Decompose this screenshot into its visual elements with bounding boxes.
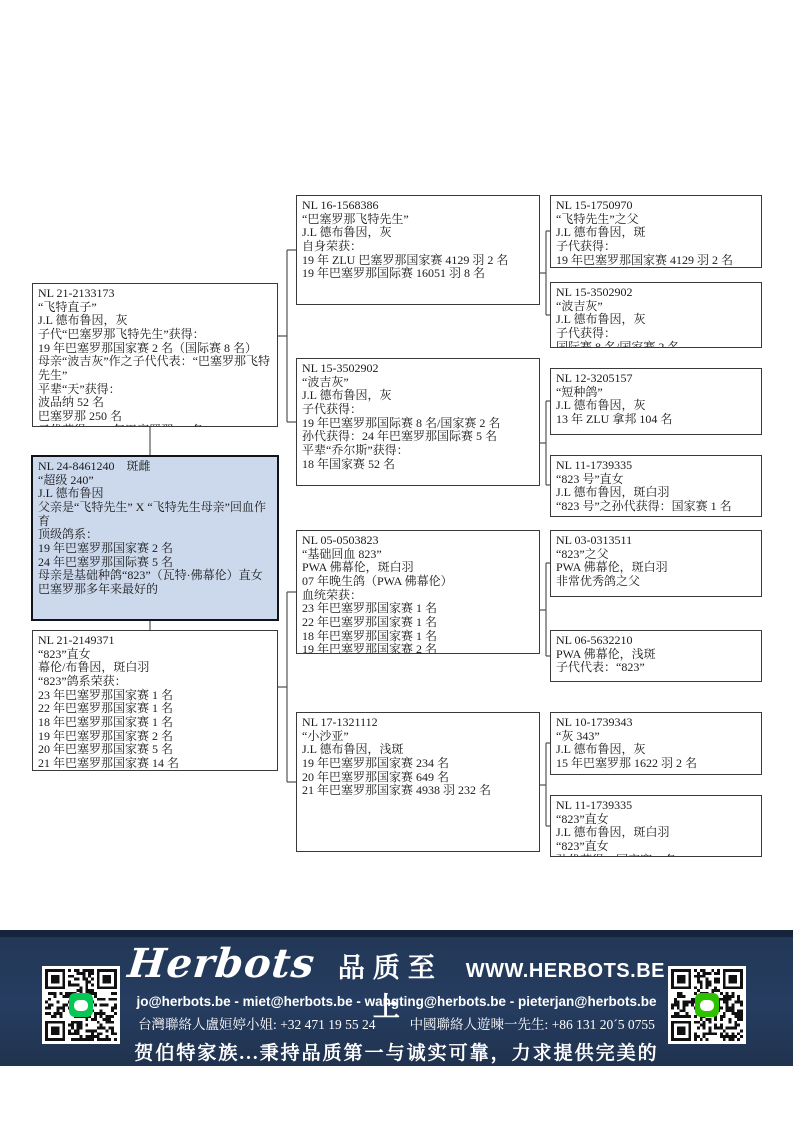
- pedigree-text-line: J.L 德布鲁因: [38, 487, 272, 501]
- pedigree-box-grandparent-3: NL 05-0503823“基础回血 823”PWA 佛幕伦，斑白羽07 年晚生…: [296, 530, 540, 654]
- pedigree-text-line: 子代代表：“823”: [556, 661, 756, 675]
- footer-content: Herbots 品质至上 WWW.HERBOTS.BE jo@herbots.b…: [128, 940, 665, 1092]
- footer-banner: Herbots 品质至上 WWW.HERBOTS.BE jo@herbots.b…: [0, 930, 793, 1066]
- pedigree-text-line: 19 年巴塞罗那国家赛 2 名: [302, 643, 534, 654]
- pedigree-text-line: NL 10-1739343: [556, 716, 756, 730]
- pedigree-box-greatgrandparent-6: NL 06-5632210PWA 佛幕伦，浅斑子代代表：“823”: [550, 630, 762, 682]
- slogan-text: 贺伯特家族...秉持品质第一与诚实可靠，力求提供完美的服务！: [128, 1038, 665, 1092]
- pedigree-text-line: 18 年国家赛 52 名: [302, 458, 534, 472]
- pedigree-text-line: 19 年巴塞罗那国际赛 16051 羽 8 名: [302, 267, 534, 281]
- website-text: WWW.HERBOTS.BE: [466, 960, 665, 983]
- pedigree-text-line: NL 16-1568386: [302, 199, 534, 213]
- pedigree-text-line: 母亲是基础种鸽“823”（瓦特·佛幕伦）直女: [38, 569, 272, 583]
- pedigree-text-line: PWA 佛幕伦，浅斑: [556, 648, 756, 662]
- pedigree-text-line: NL 21-2133173: [38, 287, 272, 301]
- pedigree-text-line: “823”鸽系荣获：: [38, 675, 272, 689]
- pedigree-box-sire: NL 21-2133173“飞特直子”J.L 德布鲁因，灰子代“巴塞罗那飞特先生…: [32, 283, 278, 427]
- pedigree-text-line: PWA 佛幕伦，斑白羽: [302, 561, 534, 575]
- pedigree-box-greatgrandparent-8: NL 11-1739335“823”直女J.L 德布鲁因，斑白羽“823”直女孙…: [550, 795, 762, 857]
- pedigree-page: NL 21-2133173“飞特直子”J.L 德布鲁因，灰子代“巴塞罗那飞特先生…: [0, 0, 793, 1122]
- pedigree-text-line: 子代获得：: [556, 327, 756, 341]
- herbots-logo: Herbots: [126, 940, 318, 987]
- pedigree-text-line: J.L 德布鲁因，灰: [556, 399, 756, 413]
- line-icon: [69, 993, 93, 1017]
- pedigree-text-line: 21 年巴塞罗那国家赛 4938 羽 232 名: [302, 784, 534, 798]
- pedigree-text-line: 23 年巴塞罗那国家赛 1 名: [302, 602, 534, 616]
- pedigree-text-line: 22 年巴塞罗那国家赛 1 名: [38, 702, 272, 716]
- pedigree-text-line: NL 15-1750970: [556, 199, 756, 213]
- pedigree-text-line: NL 05-0503823: [302, 534, 534, 548]
- pedigree-text-line: 顶级鸽系：: [38, 528, 272, 542]
- pedigree-text-line: 19 年巴塞罗那国家赛 234 名: [302, 757, 534, 771]
- pedigree-text-line: 自身荣获：: [302, 240, 534, 254]
- pedigree-text-line: 母亲“波吉灰”作之子代代表：“巴塞罗那飞特先生”: [38, 355, 272, 382]
- pedigree-text-line: 子代获得：: [556, 240, 756, 254]
- pedigree-text-line: 孙代获得：24 年巴塞罗那国际赛 5 名: [302, 430, 534, 444]
- pedigree-text-line: 15 年巴塞罗那 1622 羽 2 名: [556, 757, 756, 771]
- pedigree-text-line: J.L 德布鲁因，灰: [556, 313, 756, 327]
- email-list: jo@herbots.be - miet@herbots.be - wangti…: [128, 994, 665, 1009]
- pedigree-text-line: 20 年巴塞罗那国家赛 5 名: [38, 743, 272, 757]
- pedigree-text-line: 13 年 ZLU 拿邦 104 名: [556, 413, 756, 427]
- pedigree-text-line: 子代获得：: [302, 403, 534, 417]
- pedigree-text-line: J.L 德布鲁因，斑: [556, 226, 756, 240]
- pedigree-text-line: “823 号”之孙代获得：国家赛 1 名: [556, 500, 756, 514]
- pedigree-text-line: J.L 德布鲁因，灰: [302, 226, 534, 240]
- line-qr-code: [42, 966, 120, 1044]
- pedigree-text-line: J.L 德布鲁因，斑白羽: [556, 486, 756, 500]
- pedigree-box-greatgrandparent-7: NL 10-1739343“灰 343”J.L 德布鲁因，灰15 年巴塞罗那 1…: [550, 712, 762, 775]
- pedigree-box-subject: NL 24-8461240 斑雌“超级 240”J.L 德布鲁因父亲是“飞特先生…: [31, 455, 279, 621]
- pedigree-text-line: 子代“巴塞罗那飞特先生”获得：: [38, 328, 272, 342]
- pedigree-text-line: J.L 德布鲁因，灰: [38, 314, 272, 328]
- pedigree-text-line: NL 03-0313511: [556, 534, 756, 548]
- pedigree-text-line: NL 15-3502902: [302, 362, 534, 376]
- pedigree-text-line: NL 11-1739335: [556, 459, 756, 473]
- pedigree-text-line: 07 年晚生鸽（PWA 佛幕伦）: [302, 575, 534, 589]
- pedigree-text-line: 22 年巴塞罗那国家赛 1 名: [302, 616, 534, 630]
- brand-row: Herbots 品质至上 WWW.HERBOTS.BE: [128, 940, 665, 988]
- pedigree-text-line: NL 21-2149371: [38, 634, 272, 648]
- pedigree-box-greatgrandparent-2: NL 15-3502902“波吉灰”J.L 德布鲁因，灰子代获得：国际赛 8 名…: [550, 282, 762, 348]
- pedigree-text-line: J.L 德布鲁因，灰: [302, 389, 534, 403]
- pedigree-box-grandparent-1: NL 16-1568386“巴塞罗那飞特先生”J.L 德布鲁因，灰自身荣获：19…: [296, 195, 540, 305]
- pedigree-box-grandparent-4: NL 17-1321112“小沙亚”J.L 德布鲁因，浅斑19 年巴塞罗那国家赛…: [296, 712, 540, 852]
- footer-top-strip: [0, 930, 793, 937]
- wechat-icon: [695, 993, 719, 1017]
- pedigree-text-line: 子代获得：21 年巴塞罗那 47 名: [38, 424, 272, 427]
- pedigree-box-grandparent-2: NL 15-3502902“波吉灰”J.L 德布鲁因，灰子代获得：19 年巴塞罗…: [296, 358, 540, 486]
- pedigree-text-line: 巴塞罗那多年来最好的: [38, 583, 272, 597]
- pedigree-text-line: 波品纳 52 名: [38, 396, 272, 410]
- pedigree-text-line: 21 年巴塞罗那国家赛 14 名: [38, 757, 272, 771]
- pedigree-text-line: J.L 德布鲁因，浅斑: [302, 743, 534, 757]
- pedigree-text-line: 巴塞罗那 250 名: [38, 410, 272, 424]
- pedigree-text-line: 19 年巴塞罗那国家赛 4129 羽 2 名: [556, 254, 756, 268]
- pedigree-text-line: 孙代获得：国家赛 1 名: [556, 854, 756, 857]
- pedigree-text-line: 国际赛 8 名/国家赛 2 名: [556, 341, 756, 348]
- pedigree-text-line: 父亲是“飞特先生” X “飞特先生母亲”回血作育: [38, 501, 272, 528]
- pedigree-box-greatgrandparent-5: NL 03-0313511“823”之父PWA 佛幕伦，斑白羽非常优秀鸽之父: [550, 530, 762, 597]
- pedigree-text-line: 19 年巴塞罗那国家赛 2 名: [38, 542, 272, 556]
- pedigree-text-line: 18 年巴塞罗那国家赛 1 名: [38, 716, 272, 730]
- china-contact: 中國聯絡人遊暕一先生: +86 131 20´5 0755: [410, 1013, 655, 1033]
- pedigree-text-line: J.L 德布鲁因，斑白羽: [556, 826, 756, 840]
- taiwan-contact: 台灣聯絡人盧姮婷小姐: +32 471 19 55 24: [138, 1013, 376, 1033]
- wechat-qr-code: [668, 966, 746, 1044]
- pedigree-box-greatgrandparent-1: NL 15-1750970“飞特先生”之父J.L 德布鲁因，斑子代获得：19 年…: [550, 195, 762, 268]
- pedigree-text-line: 非常优秀鸽之父: [556, 575, 756, 589]
- pedigree-text-line: J.L 德布鲁因，灰: [556, 743, 756, 757]
- pedigree-text-line: NL 11-1739335: [556, 799, 756, 813]
- pedigree-box-dam: NL 21-2149371“823”直女幕伦/布鲁因，斑白羽“823”鸽系荣获：…: [32, 630, 278, 771]
- pedigree-text-line: NL 06-5632210: [556, 634, 756, 648]
- pedigree-box-greatgrandparent-3: NL 12-3205157“短种鸽”J.L 德布鲁因，灰13 年 ZLU 拿邦 …: [550, 368, 762, 435]
- pedigree-text-line: “823”直女: [556, 840, 756, 854]
- pedigree-text-line: NL 15-3502902: [556, 286, 756, 300]
- pedigree-text-line: 平辈“乔尔斯”获得：: [302, 444, 534, 458]
- pedigree-text-line: NL 12-3205157: [556, 372, 756, 386]
- pedigree-text-line: PWA 佛幕伦，斑白羽: [556, 561, 756, 575]
- pedigree-text-line: NL 17-1321112: [302, 716, 534, 730]
- pedigree-box-greatgrandparent-4: NL 11-1739335“823 号”直女J.L 德布鲁因，斑白羽“823 号…: [550, 455, 762, 517]
- pedigree-text-line: 幕伦/布鲁因，斑白羽: [38, 661, 272, 675]
- pedigree-text-line: NL 24-8461240 斑雌: [38, 460, 272, 474]
